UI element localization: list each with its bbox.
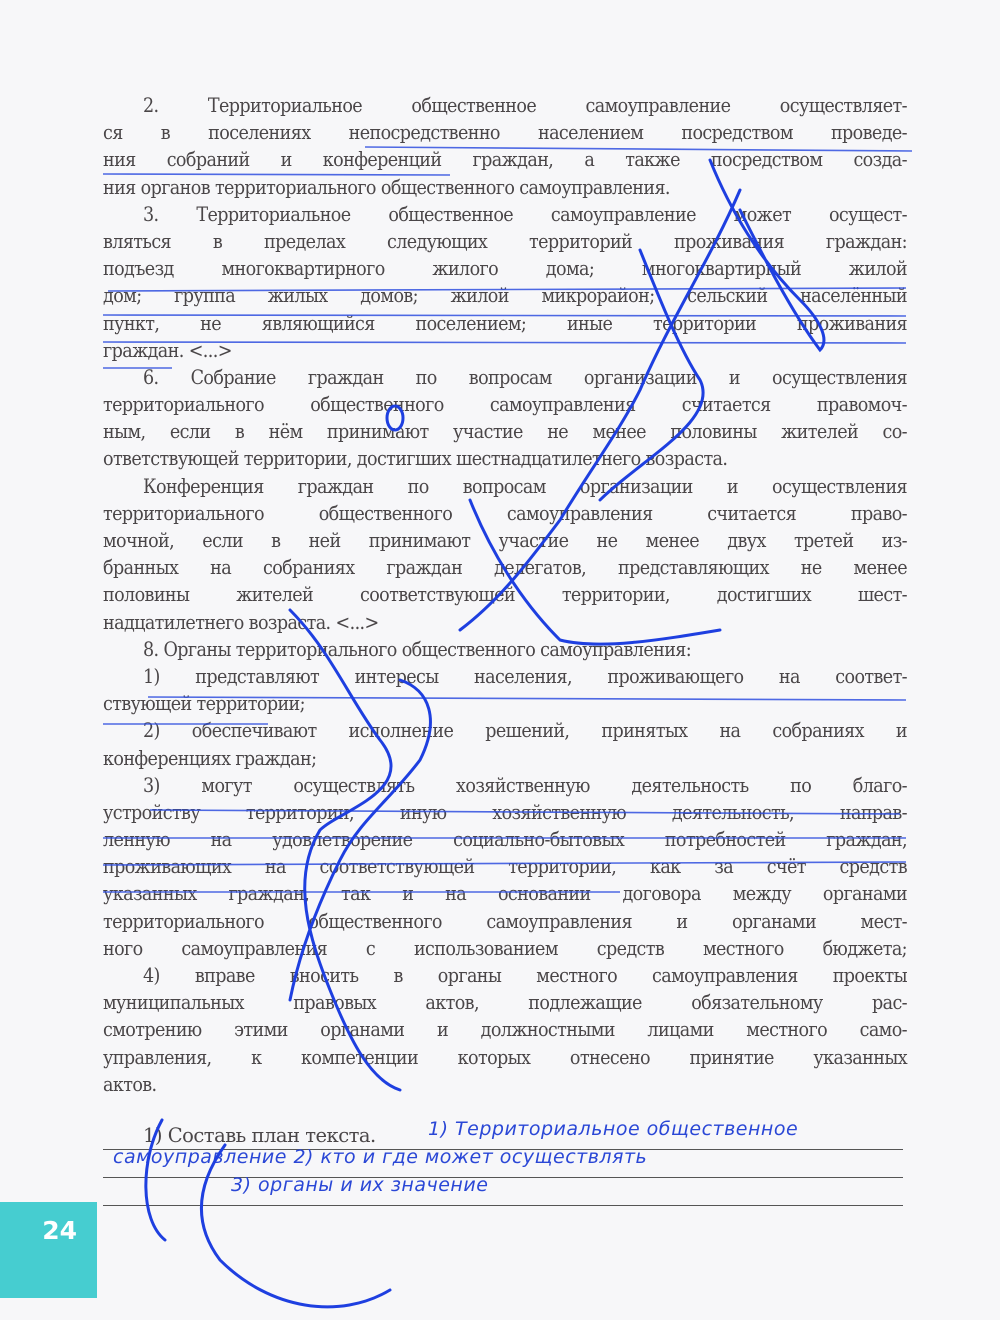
text-line: половины жителей соответствующей террито… bbox=[103, 581, 907, 608]
handwritten-answer-line: 3) органы и их значение bbox=[231, 1172, 488, 1199]
text-line: ствующей территории; bbox=[103, 690, 907, 717]
page-number: 24 bbox=[42, 1216, 77, 1245]
text-line: 4) вправе вносить в органы местного само… bbox=[103, 962, 907, 989]
text-line: ного самоуправления с использованием сре… bbox=[103, 935, 907, 962]
text-line: ным, если в нём принимают участие не мен… bbox=[103, 418, 907, 445]
task-plan: 1) Составь план текста. 1) Территориальн… bbox=[103, 1122, 903, 1206]
text-line: дом; группа жилых домов; жилой микрорайо… bbox=[103, 282, 907, 309]
text-line: ния собраний и конференций граждан, а та… bbox=[103, 146, 907, 173]
textbook-page: 2. Территориальное общественное самоупра… bbox=[0, 0, 1000, 1320]
text-line: территориального общественного самоуправ… bbox=[103, 391, 907, 418]
text-line: ния органов территориального общественно… bbox=[103, 174, 907, 201]
text-line: вляться в пределах следующих территорий … bbox=[103, 228, 907, 255]
text-line: 3) могут осуществлять хозяйственную деят… bbox=[103, 772, 907, 799]
list-item-8-1: 1) представляют интересы населения, прож… bbox=[103, 663, 907, 717]
text-line: ся в поселениях непосредственно населени… bbox=[103, 119, 907, 146]
paragraph-3: 3. Территориальное общественное самоупра… bbox=[103, 201, 907, 364]
text-line: мочной, если в ней принимают участие не … bbox=[103, 527, 907, 554]
text-line: бранных на собраниях граждан делегатов, … bbox=[103, 554, 907, 581]
text-line: смотрению этими органами и должностными … bbox=[103, 1016, 907, 1043]
text-line: подъезд многоквартирного жилого дома; мн… bbox=[103, 255, 907, 282]
text-line: граждан. <...> bbox=[103, 337, 907, 364]
list-item-8-2: 2) обеспечивают исполнение решений, прин… bbox=[103, 717, 907, 771]
text-line: территориального общественного самоуправ… bbox=[103, 908, 907, 935]
handwritten-answer-line: самоуправление 2) кто и где может осущес… bbox=[113, 1144, 647, 1171]
text-line: пункт, не являющийся поселением; иные те… bbox=[103, 310, 907, 337]
text-line: 3. Территориальное общественное самоупра… bbox=[103, 201, 907, 228]
paragraph-2: 2. Территориальное общественное самоупра… bbox=[103, 92, 907, 201]
answer-line-3[interactable]: 3) органы и их значение bbox=[103, 1178, 903, 1206]
paragraph-6: 6. Собрание граждан по вопросам организа… bbox=[103, 364, 907, 473]
text-line: 1) представляют интересы населения, прож… bbox=[103, 663, 907, 690]
text-line: 2. Территориальное общественное самоупра… bbox=[103, 92, 907, 119]
text-line: актов. bbox=[103, 1071, 907, 1098]
text-line: управления, к компетенции которых отнесе… bbox=[103, 1044, 907, 1071]
page-number-badge: 24 bbox=[0, 1202, 97, 1298]
list-item-8-3: 3) могут осуществлять хозяйственную деят… bbox=[103, 772, 907, 962]
text-line: 6. Собрание граждан по вопросам организа… bbox=[103, 364, 907, 391]
text-line: Конференция граждан по вопросам организа… bbox=[103, 473, 907, 500]
text-line: устройству территории, иную хозяйственну… bbox=[103, 799, 907, 826]
text-line: 8. Органы территориального общественного… bbox=[103, 636, 907, 663]
text-line: проживающих на соответствующей территори… bbox=[103, 853, 907, 880]
list-item-8-4: 4) вправе вносить в органы местного само… bbox=[103, 962, 907, 1098]
document-body: 2. Территориальное общественное самоупра… bbox=[103, 92, 907, 1098]
text-line: ленную на удовлетворение социально-бытов… bbox=[103, 826, 907, 853]
paragraph-8: 8. Органы территориального общественного… bbox=[103, 636, 907, 663]
text-line: муниципальных правовых актов, подлежащие… bbox=[103, 989, 907, 1016]
text-line: территориального общественного самоуправ… bbox=[103, 500, 907, 527]
text-line: 2) обеспечивают исполнение решений, прин… bbox=[103, 717, 907, 744]
text-line: конференциях граждан; bbox=[103, 745, 907, 772]
paragraph-6-conference: Конференция граждан по вопросам организа… bbox=[103, 473, 907, 636]
text-line: ответствующей территории, достигших шест… bbox=[103, 445, 907, 472]
text-line: надцатилетнего возраста. <...> bbox=[103, 609, 907, 636]
handwritten-answer-line: 1) Территориальное общественное bbox=[428, 1116, 798, 1143]
text-line: указанных граждан, так и на основании до… bbox=[103, 880, 907, 907]
answer-line-2[interactable]: самоуправление 2) кто и где может осущес… bbox=[103, 1150, 903, 1178]
